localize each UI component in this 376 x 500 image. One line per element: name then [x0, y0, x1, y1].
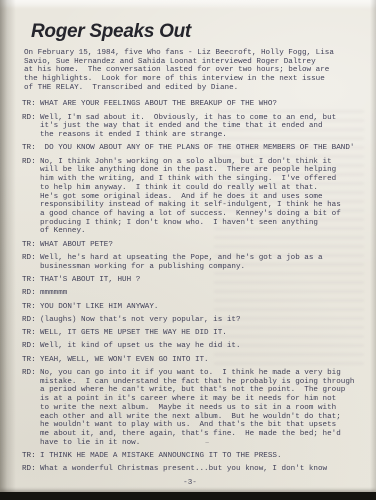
stray-pen-mark: ~ — [205, 440, 209, 448]
page-content: Roger Speaks Out On February 15, 1984, f… — [0, 0, 376, 500]
speaker-label: TR: — [22, 452, 40, 461]
dialogue-turn: TR: WHAT ABOUT PETE? — [22, 241, 360, 250]
speech-text: WHAT ARE YOUR FEELINGS ABOUT THE BREAKUP… — [40, 100, 360, 109]
dialogue-turn: TR: I THINK HE MADE A MISTAKE ANNOUNCING… — [22, 452, 360, 461]
speaker-label: TR: — [22, 144, 40, 153]
speaker-label: TR: — [22, 241, 40, 250]
binding-shadow — [0, 0, 16, 500]
dialogue-turn: RD: Well, it kind of upset us the way he… — [22, 342, 360, 351]
speaker-label: TR: — [22, 100, 40, 109]
dialogue-turn: TR: THAT'S ABOUT IT, HUH ? — [22, 276, 360, 285]
speech-text: Well, I'm sad about it. Obviously, it ha… — [40, 114, 360, 140]
scanned-page: Roger Speaks Out On February 15, 1984, f… — [0, 0, 376, 500]
speech-text: No, you can go into it if you want to. I… — [40, 369, 360, 447]
speech-text: DO YOU KNOW ABOUT ANY OF THE PLANS OF TH… — [40, 144, 360, 153]
speaker-label: RD: — [22, 465, 40, 474]
speaker-label: RD: — [22, 342, 40, 351]
dialogue-turn: TR: DO YOU KNOW ABOUT ANY OF THE PLANS O… — [22, 144, 360, 153]
speech-text: Well, it kind of upset us the way he did… — [40, 342, 360, 351]
dialogue-turn: TR: WELL, IT GETS ME UPSET THE WAY HE DI… — [22, 329, 360, 338]
speech-text: YOU DON'T LIKE HIM ANYWAY. — [40, 303, 360, 312]
speech-text: What a wonderful Christmas present...but… — [40, 465, 360, 474]
speech-text: Well, he's hard at upseating the Pope, a… — [40, 254, 360, 271]
dialogue-turn: RD: What a wonderful Christmas present..… — [22, 465, 360, 474]
speaker-label: RD: — [22, 114, 40, 140]
speaker-label: RD: — [22, 254, 40, 271]
dialogue-turn: RD: (laughs) Now that's not very popular… — [22, 316, 360, 325]
speech-text: mmmmmm — [40, 289, 360, 298]
dialogue-turn: RD: Well, I'm sad about it. Obviously, i… — [22, 114, 360, 140]
dialogue-turn: TR: WHAT ARE YOUR FEELINGS ABOUT THE BRE… — [22, 100, 360, 109]
intro-paragraph: On February 15, 1984, five Who fans - Li… — [24, 49, 360, 93]
dialogue-turn: RD: Well, he's hard at upseating the Pop… — [22, 254, 360, 271]
page-number: -3- — [22, 479, 358, 487]
speech-text: WHAT ABOUT PETE? — [40, 241, 360, 250]
page-title: Roger Speaks Out — [31, 22, 360, 42]
dialogue-turn: TR: YOU DON'T LIKE HIM ANYWAY. — [22, 303, 360, 312]
dialogue-turn: RD: No, you can go into it if you want t… — [22, 369, 360, 447]
dialogue-turn: RD: mmmmmm — [22, 289, 360, 298]
speaker-label: TR: — [22, 276, 40, 285]
speaker-label: RD: — [22, 158, 40, 236]
speech-text: YEAH, WELL, WE WON'T EVEN GO INTO IT. — [40, 356, 360, 365]
speech-text: (laughs) Now that's not very popular, is… — [40, 316, 360, 325]
speech-text: I THINK HE MADE A MISTAKE ANNOUNCING IT … — [40, 452, 360, 461]
speech-text: No, I think John's working on a solo alb… — [40, 158, 360, 236]
dialogue: TR: WHAT ARE YOUR FEELINGS ABOUT THE BRE… — [22, 100, 360, 474]
speaker-label: RD: — [22, 316, 40, 325]
page-bottom-edge — [0, 492, 376, 500]
speaker-label: RD: — [22, 289, 40, 298]
dialogue-turn: TR: YEAH, WELL, WE WON'T EVEN GO INTO IT… — [22, 356, 360, 365]
speech-text: THAT'S ABOUT IT, HUH ? — [40, 276, 360, 285]
speaker-label: RD: — [22, 369, 40, 447]
dialogue-turn: RD: No, I think John's working on a solo… — [22, 158, 360, 236]
page-right-edge — [370, 0, 376, 500]
speaker-label: TR: — [22, 303, 40, 312]
speaker-label: TR: — [22, 356, 40, 365]
speaker-label: TR: — [22, 329, 40, 338]
speech-text: WELL, IT GETS ME UPSET THE WAY HE DID IT… — [40, 329, 360, 338]
